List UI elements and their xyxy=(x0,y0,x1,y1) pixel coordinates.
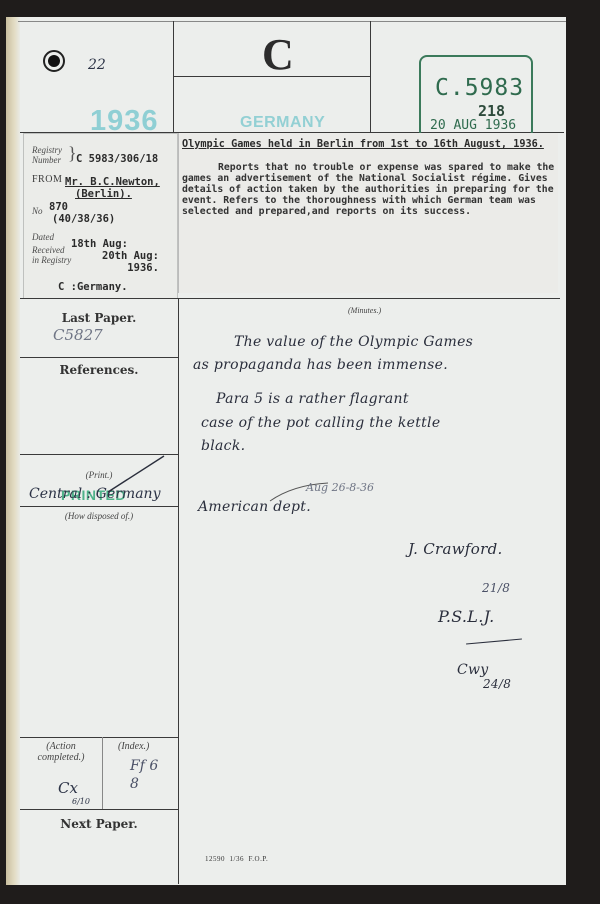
no-value: 870 (40/38/36) xyxy=(49,201,115,225)
divider-action-top xyxy=(20,737,178,738)
summary-title: Olympic Games held in Berlin from 1st to… xyxy=(182,139,554,150)
divider-last-paper xyxy=(20,357,178,358)
checkmark-icon xyxy=(106,454,166,494)
divider-action-index xyxy=(102,737,103,809)
pencil-date-note: Aug 26-8-36 xyxy=(306,481,374,494)
divider-vertical-main xyxy=(178,298,179,884)
dated-label: Dated xyxy=(32,232,54,242)
action-completed-date: 6/10 xyxy=(72,797,90,806)
index-label: (Index.) xyxy=(118,741,149,752)
how-disposed-label: (How disposed of.) xyxy=(20,511,178,521)
divider-print xyxy=(20,506,178,507)
no-label: No xyxy=(32,206,43,216)
top-border xyxy=(18,21,566,22)
action-completed-value: Cx xyxy=(58,779,78,797)
signature-initials: P.S.L.J. xyxy=(438,607,494,626)
next-paper-label: Next Paper. xyxy=(20,817,178,831)
subject-code: C :Germany. xyxy=(58,281,128,293)
dated-value: 18th Aug: xyxy=(71,238,128,250)
print-code: 12590 1/36 F.O.P. xyxy=(205,855,268,863)
divider-top-left xyxy=(173,21,174,133)
divider-top-right xyxy=(370,21,371,133)
registry-minute-sheet: 22 1936 C GERMANY C.5983 218 20 AUG 1936… xyxy=(6,17,566,885)
from-value: Mr. B.C.Newton, (Berlin). xyxy=(65,176,160,200)
references-label: References. xyxy=(20,363,178,377)
referral-note: American dept. xyxy=(198,499,311,515)
last-paper-label: Last Paper. xyxy=(20,311,178,325)
country-stamp: GERMANY xyxy=(240,114,325,132)
minute-line-5: black. xyxy=(201,438,245,454)
last-paper-value: C5827 xyxy=(53,326,103,344)
summary-body: Reports that no trouble or expense was s… xyxy=(182,162,558,217)
minutes-label: (Minutes.) xyxy=(348,306,381,315)
registry-stamp: C.5983 218 20 AUG 1936 xyxy=(419,55,533,139)
registry-stamp-date: 20 AUG 1936 xyxy=(430,118,516,133)
registry-details-box: Registry Number } C 5983/306/18 FROM Mr.… xyxy=(23,133,178,299)
action-completed-label: (Action completed.) xyxy=(20,741,102,763)
registry-number-value: C 5983/306/18 xyxy=(76,153,158,165)
minute-line-3: Para 5 is a rather flagrant xyxy=(216,391,409,407)
minute-line-4: case of the pot calling the kettle xyxy=(201,415,440,431)
minute-line-1: The value of the Olympic Games xyxy=(234,334,473,350)
summary-box: Olympic Games held in Berlin from 1st to… xyxy=(178,133,558,293)
binding-strip xyxy=(6,17,20,885)
received-label: Received in Registry xyxy=(32,245,71,265)
signature-cwy-date: 24/8 xyxy=(483,677,511,691)
punch-hole-icon xyxy=(43,50,65,72)
signature-crawford-date: 21/8 xyxy=(482,581,510,595)
index-value: Ff 6 8 xyxy=(130,757,160,793)
file-number-handwritten: 22 xyxy=(88,57,106,73)
divider-action-bottom xyxy=(20,809,178,810)
department-letter: C xyxy=(262,29,294,80)
received-value: 20th Aug: 1936. xyxy=(102,250,159,274)
signature-underline xyxy=(466,639,522,645)
registry-stamp-number: C.5983 xyxy=(435,75,524,101)
signature-cwy: Cwy xyxy=(457,662,489,678)
registry-number-label: Registry Number xyxy=(32,145,62,165)
minute-line-2: as propaganda has been immense. xyxy=(193,357,448,373)
from-label: FROM xyxy=(32,174,62,185)
signature-crawford: J. Crawford. xyxy=(408,540,503,558)
divider-summary-bottom xyxy=(20,298,560,299)
